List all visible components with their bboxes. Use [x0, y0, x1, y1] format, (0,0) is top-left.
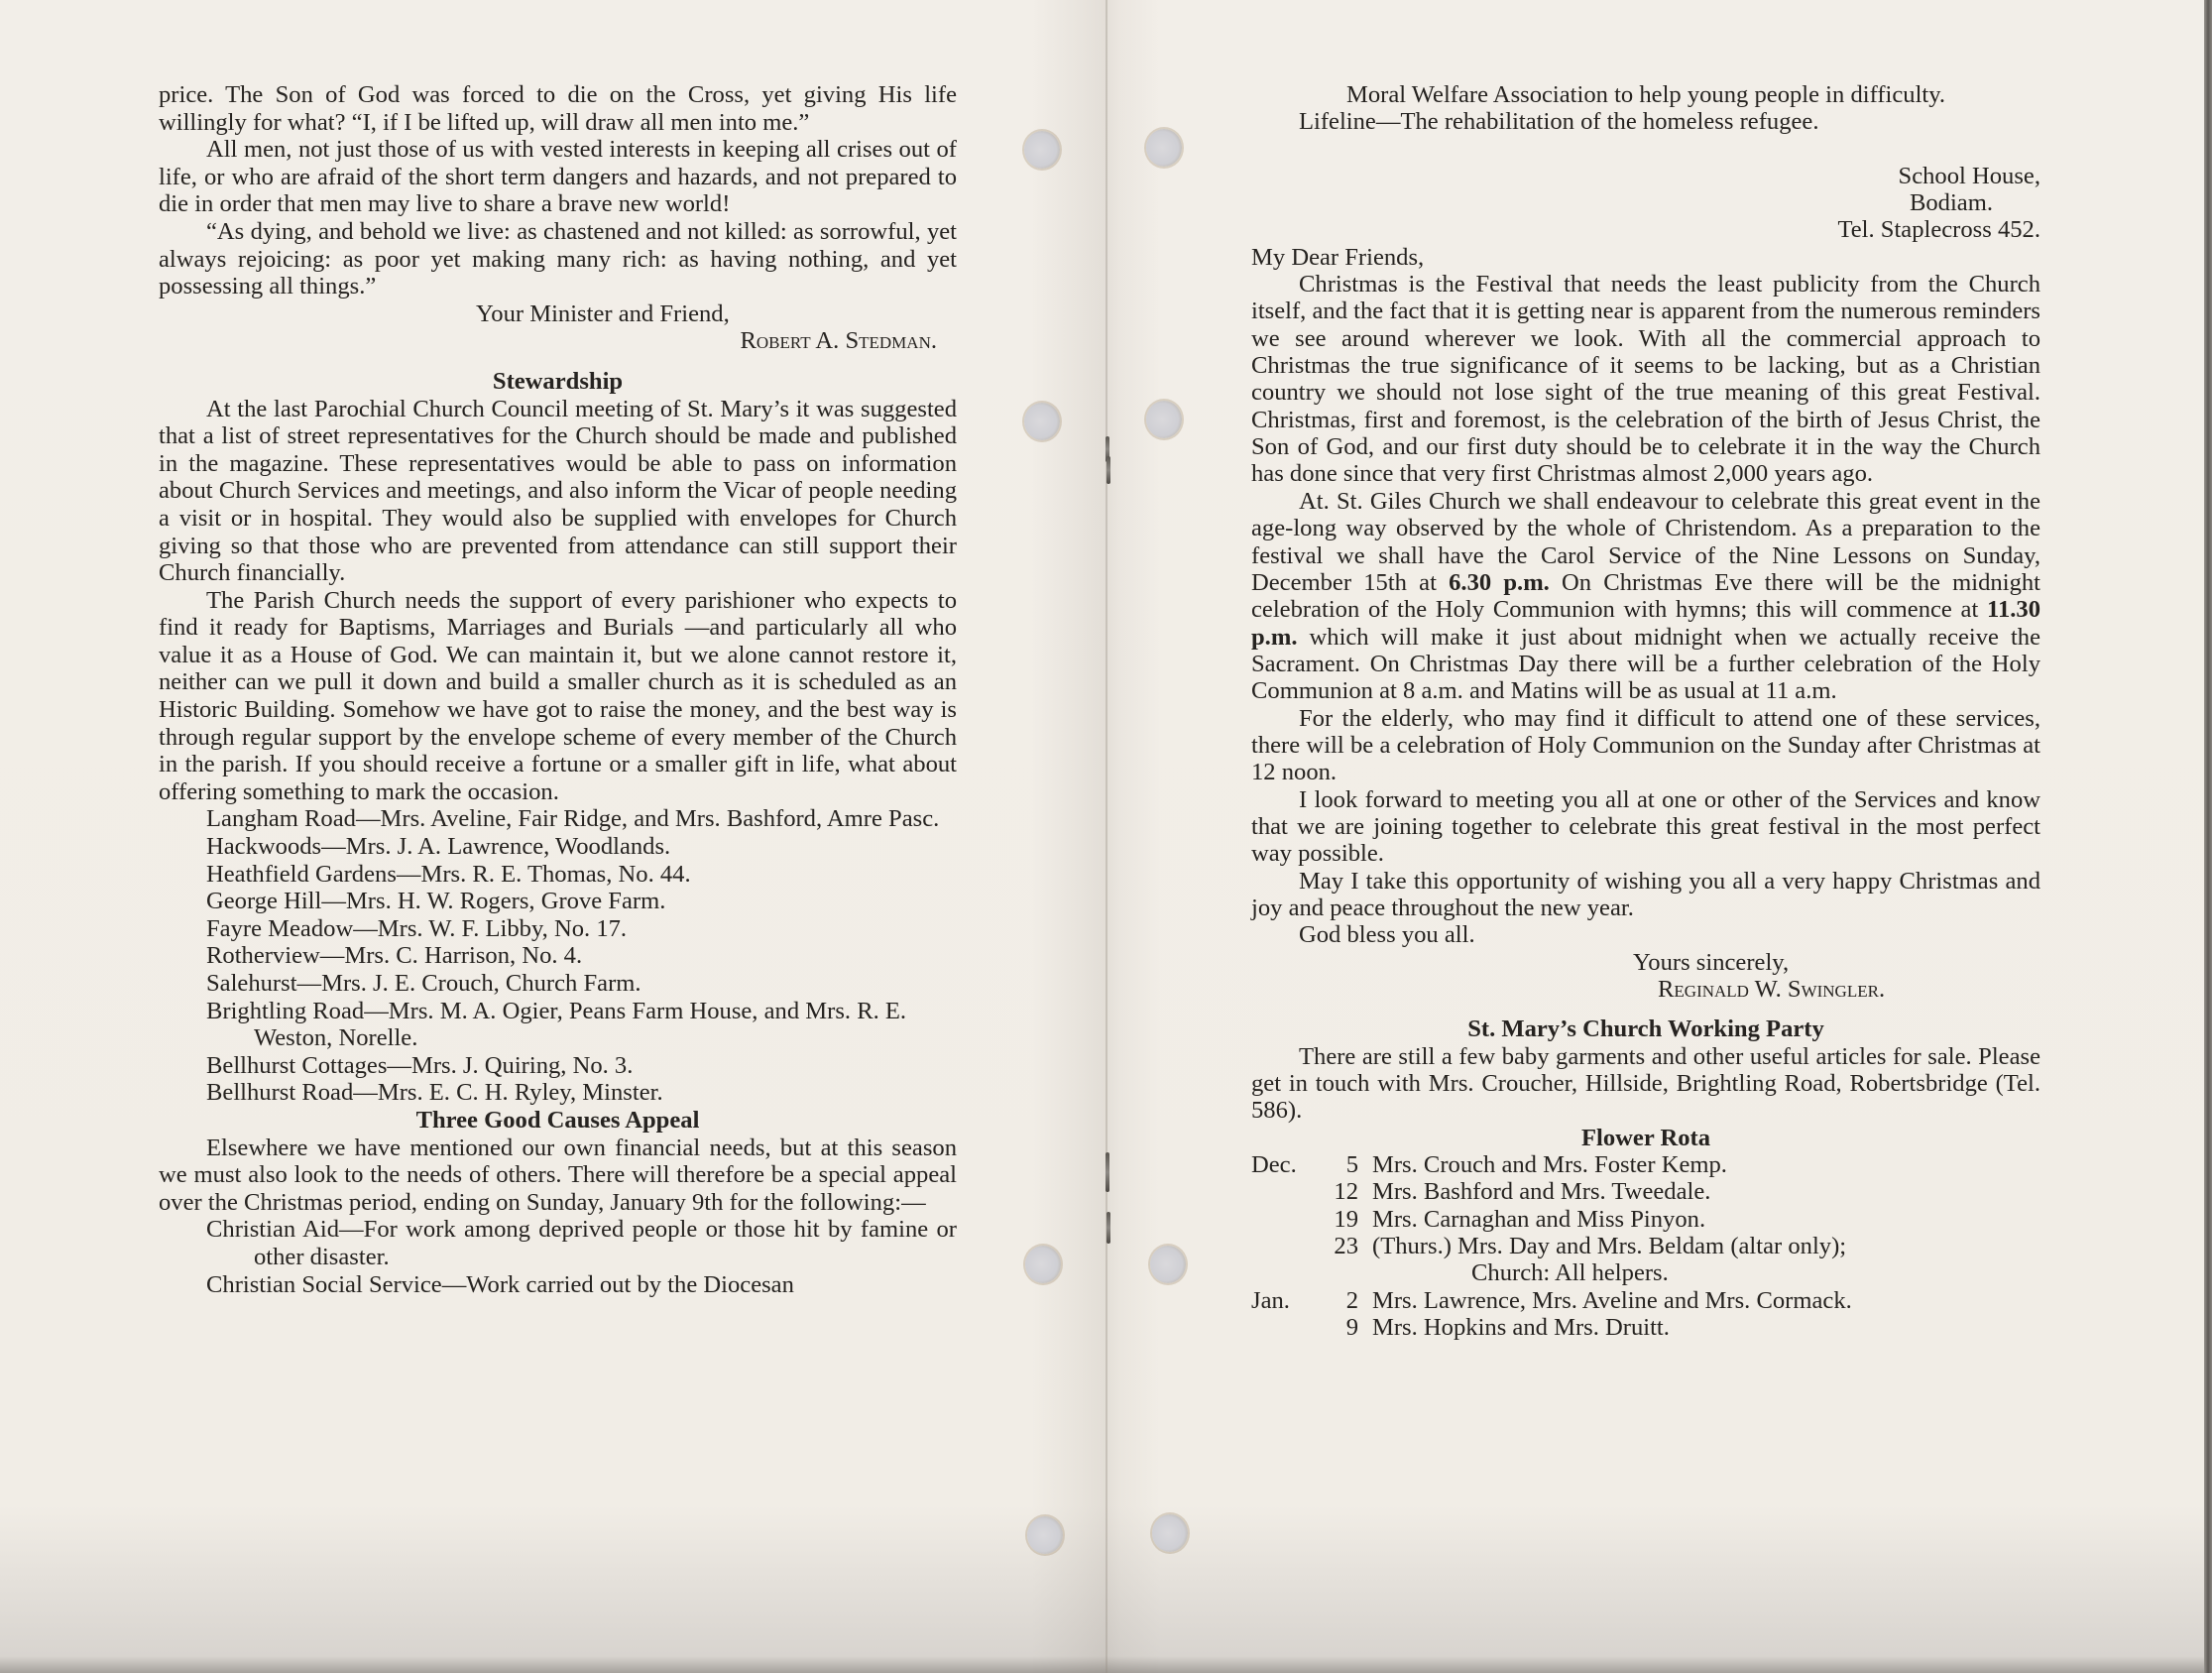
- punch-hole-icon: [1150, 1246, 1186, 1283]
- punch-hole-icon: [1152, 1514, 1188, 1552]
- paragraph: Moral Welfare Association to help young …: [1251, 81, 2040, 108]
- list-item: Fayre Meadow—Mrs. W. F. Libby, No. 17.: [159, 915, 957, 943]
- paragraph: Elsewhere we have mentioned our own fina…: [159, 1135, 957, 1217]
- list-item: Heathfield Gardens—Mrs. R. E. Thomas, No…: [159, 861, 957, 889]
- salutation: My Dear Friends,: [1251, 244, 2040, 271]
- address-line: Bodiam.: [1251, 189, 2040, 216]
- paragraph: For the elderly, who may find it difficu…: [1251, 705, 2040, 786]
- list-item: Lifeline—The rehabilitation of the homel…: [1251, 108, 2040, 135]
- address-line: School House,: [1251, 163, 2040, 189]
- section-heading-stewardship: Stewardship: [159, 368, 957, 396]
- list-item: Brightling Road—Mrs. M. A. Ogier, Peans …: [159, 998, 957, 1052]
- table-row: 12 Mrs. Bashford and Mrs. Tweedale.: [1251, 1178, 2040, 1205]
- paragraph: Christmas is the Festival that needs the…: [1251, 271, 2040, 488]
- right-page: Moral Welfare Association to help young …: [1251, 81, 2040, 1341]
- spine-fold: [1106, 0, 1107, 1673]
- page-edge: [2204, 0, 2212, 1673]
- paragraph: I look forward to meeting you all at one…: [1251, 786, 2040, 868]
- flower-rota-table: Dec. 5 Mrs. Crouch and Mrs. Foster Kemp.…: [1251, 1151, 2040, 1341]
- table-row: 23 (Thurs.) Mrs. Day and Mrs. Beldam (al…: [1251, 1233, 2040, 1287]
- closing-line: Your Minister and Friend,: [159, 300, 957, 328]
- table-row: 19 Mrs. Carnaghan and Miss Pinyon.: [1251, 1206, 2040, 1233]
- table-row: Dec. 5 Mrs. Crouch and Mrs. Foster Kemp.: [1251, 1151, 2040, 1178]
- punch-hole-icon: [1146, 129, 1182, 167]
- paragraph: God bless you all.: [1251, 921, 2040, 948]
- punch-hole-icon: [1146, 401, 1182, 438]
- left-page: price. The Son of God was forced to die …: [159, 81, 957, 1298]
- list-item: Bellhurst Road—Mrs. E. C. H. Ryley, Mins…: [159, 1079, 957, 1107]
- paragraph: price. The Son of God was forced to die …: [159, 81, 957, 136]
- signature: Reginald W. Swingler.: [1251, 976, 2040, 1003]
- list-item: Christian Aid—For work among deprived pe…: [159, 1216, 957, 1270]
- paragraph: There are still a few baby garments and …: [1251, 1043, 2040, 1125]
- paragraph: The Parish Church needs the support of e…: [159, 587, 957, 806]
- table-row: 9 Mrs. Hopkins and Mrs. Druitt.: [1251, 1314, 2040, 1341]
- paragraph: At the last Parochial Church Council mee…: [159, 396, 957, 587]
- paragraph: At. St. Giles Church we shall endeavour …: [1251, 488, 2040, 705]
- signature: Robert A. Stedman.: [159, 327, 957, 355]
- list-item: Salehurst—Mrs. J. E. Crouch, Church Farm…: [159, 970, 957, 998]
- section-heading-flower-rota: Flower Rota: [1251, 1125, 2040, 1151]
- address-line: Tel. Staplecross 452.: [1251, 216, 2040, 243]
- list-item: Bellhurst Cottages—Mrs. J. Quiring, No. …: [159, 1052, 957, 1080]
- representatives-list: Langham Road—Mrs. Aveline, Fair Ridge, a…: [159, 805, 957, 1107]
- punch-hole-icon: [1024, 131, 1060, 169]
- staple-icon: [1106, 1152, 1109, 1192]
- list-item: George Hill—Mrs. H. W. Rogers, Grove Far…: [159, 888, 957, 915]
- staple-icon: [1106, 456, 1110, 484]
- paragraph: All men, not just those of us with veste…: [159, 136, 957, 218]
- section-heading-working-party: St. Mary’s Church Working Party: [1251, 1016, 2040, 1042]
- punch-hole-icon: [1025, 1246, 1061, 1283]
- table-row: Jan. 2 Mrs. Lawrence, Mrs. Aveline and M…: [1251, 1287, 2040, 1314]
- list-item: Christian Social Service—Work carried ou…: [159, 1271, 957, 1299]
- punch-hole-icon: [1027, 1516, 1063, 1554]
- list-item: Langham Road—Mrs. Aveline, Fair Ridge, a…: [159, 805, 957, 833]
- list-item: Rotherview—Mrs. C. Harrison, No. 4.: [159, 942, 957, 970]
- paragraph: “As dying, and behold we live: as chaste…: [159, 218, 957, 300]
- punch-hole-icon: [1024, 403, 1060, 440]
- staple-icon: [1106, 1212, 1110, 1244]
- closing-line: Yours sincerely,: [1251, 949, 2040, 976]
- list-item: Hackwoods—Mrs. J. A. Lawrence, Woodlands…: [159, 833, 957, 861]
- section-heading-appeal: Three Good Causes Appeal: [159, 1107, 957, 1135]
- paragraph: May I take this opportunity of wishing y…: [1251, 868, 2040, 922]
